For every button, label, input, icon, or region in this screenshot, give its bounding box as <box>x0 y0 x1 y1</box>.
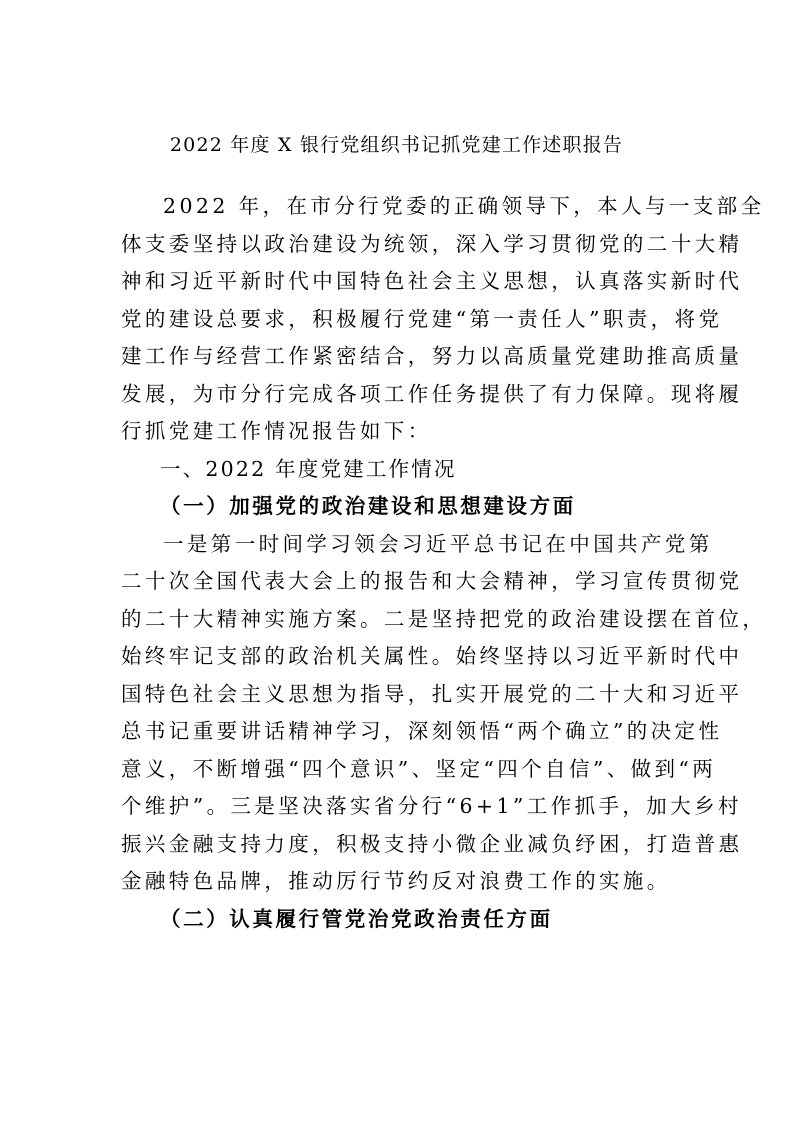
paragraph-line: 个维护”。三是坚决落实省分行“6+1”工作抓手，加大乡村 <box>121 791 691 821</box>
paragraph-line: 发展，为市分行完成各项工作任务提供了有力保障。现将履 <box>121 379 691 409</box>
document-title: 2022 年度 X 银行党组织书记抓党建工作述职报告 <box>0 131 793 159</box>
section-heading-1: 一、2022 年度党建工作情况 <box>160 454 730 484</box>
paragraph-line: 一是第一时间学习领会习近平总书记在中国共产党第 <box>163 529 733 559</box>
paragraph-line: 金融特色品牌，推动厉行节约反对浪费工作的实施。 <box>121 866 691 896</box>
paragraph-line: 国特色社会主义思想为指导，扎实开展党的二十大和习近平 <box>121 679 691 709</box>
paragraph-line: 党的建设总要求，积极履行党建“第一责任人”职责，将党 <box>121 304 691 334</box>
paragraph-line: 始终牢记支部的政治机关属性。始终坚持以习近平新时代中 <box>121 641 691 671</box>
paragraph-line: 2022 年，在市分行党委的正确领导下，本人与一支部全 <box>163 191 733 221</box>
paragraph-line: 意义，不断增强“四个意识”、坚定“四个自信”、做到“两 <box>121 754 691 784</box>
paragraph-line: 行抓党建工作情况报告如下： <box>121 416 691 446</box>
paragraph-line: 总书记重要讲话精神学习，深刻领悟“两个确立”的决定性 <box>121 716 691 746</box>
section-heading-2: （二）认真履行管党治党政治责任方面 <box>160 904 730 934</box>
paragraph-line: 的二十大精神实施方案。二是坚持把党的政治建设摆在首位， <box>121 604 691 634</box>
paragraph-line: 二十次全国代表大会上的报告和大会精神，学习宣传贯彻党 <box>121 566 691 596</box>
paragraph-line: 神和习近平新时代中国特色社会主义思想，认真落实新时代 <box>121 266 691 296</box>
paragraph-line: 建工作与经营工作紧密结合，努力以高质量党建助推高质量 <box>121 341 691 371</box>
paragraph-line: 振兴金融支持力度，积极支持小微企业减负纾困，打造普惠 <box>121 829 691 859</box>
document-page: 2022 年度 X 银行党组织书记抓党建工作述职报告 2022 年，在市分行党委… <box>0 0 793 1122</box>
paragraph-line: 体支委坚持以政治建设为统领，深入学习贯彻党的二十大精 <box>121 229 691 259</box>
section-heading-2: （一）加强党的政治建设和思想建设方面 <box>160 491 730 521</box>
